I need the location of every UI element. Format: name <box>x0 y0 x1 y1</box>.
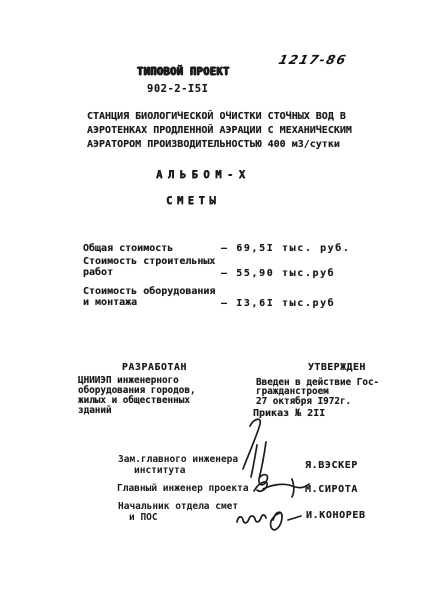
approved-body: Введен в действие Гос- гражданстроем 27 … <box>256 378 379 406</box>
cost-value-equipment: – I3,6I тыс.руб <box>221 298 335 309</box>
cost-label-line: работ <box>83 267 215 278</box>
signature-estimates-department-head <box>237 512 301 530</box>
project-title-line-3: АЭРАТОРОМ ПРОИЗВОДИТЕЛЬНОСТЬЮ 400 м3/сут… <box>87 138 352 152</box>
signature-deputy-chief-engineer <box>243 419 267 485</box>
subtitle-smety: СМЕТЫ <box>166 195 220 207</box>
project-title-line-1: СТАНЦИЯ БИОЛОГИЧЕСКОЙ ОЧИСТКИ СТОЧНЫХ ВО… <box>87 110 352 124</box>
approved-heading: УТВЕРЖДЕН <box>308 362 366 373</box>
album-label: АЛЬБОМ-Х <box>156 169 251 181</box>
cost-label-line: Стоимость оборудования <box>83 286 215 297</box>
signatures-overlay <box>213 413 328 538</box>
project-title: СТАНЦИЯ БИОЛОГИЧЕСКОЙ ОЧИСТКИ СТОЧНЫХ ВО… <box>87 110 352 152</box>
signature-chief-project-engineer <box>254 479 309 497</box>
cost-label-equipment: Стоимость оборудования и монтажа <box>83 286 215 308</box>
approved-body-line: 27 октября I972г. <box>256 397 379 406</box>
developed-body: ЦНИИЭП инженерного оборудования городов,… <box>78 376 196 416</box>
cost-label-total: Общая стоимость <box>83 243 173 254</box>
cost-label-line: Стоимость строительных <box>83 256 215 267</box>
cost-value-construction: – 55,90 тыс.руб <box>221 268 335 279</box>
cost-value-total: – 69,5I тыс. руб. <box>221 243 351 254</box>
cost-label-line: Общая стоимость <box>83 243 173 254</box>
cost-label-line: и монтажа <box>83 297 215 308</box>
document-page: 1217-86 ТИПОВОЙ ПРОЕКТ 902-2-I5I СТАНЦИЯ… <box>0 0 435 600</box>
cost-label-construction: Стоимость строительных работ <box>83 256 215 278</box>
doc-type-title: ТИПОВОЙ ПРОЕКТ <box>137 66 230 78</box>
developed-heading: РАЗРАБОТАН <box>122 362 187 373</box>
developed-body-line: зданий <box>78 406 196 416</box>
project-title-line-2: АЭРОТЕНКАХ ПРОДЛЕННОЙ АЭРАЦИИ С МЕХАНИЧЕ… <box>87 124 352 138</box>
handwritten-number: 1217-86 <box>277 52 349 67</box>
doc-number: 902-2-I5I <box>147 83 208 95</box>
